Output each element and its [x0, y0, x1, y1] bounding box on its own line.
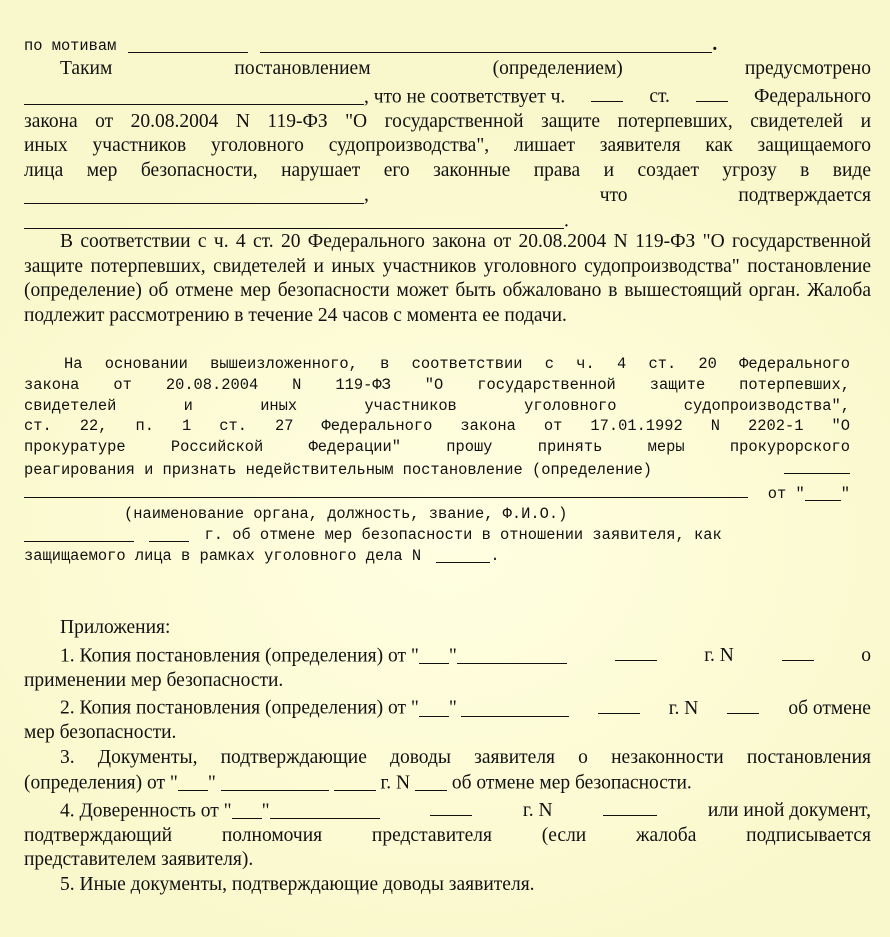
- attachments-heading: Приложения:: [24, 616, 871, 641]
- attachment-item-4-cont: подтверждающий полномочия представителя …: [24, 824, 871, 849]
- request-line: от "": [24, 481, 850, 504]
- text: или иной документ,: [708, 799, 871, 824]
- request-block: На основании вышеизложенного, в соответс…: [24, 354, 850, 567]
- text: г. N: [669, 697, 699, 722]
- blank-field[interactable]: [727, 693, 759, 714]
- request-line: закона от 20.08.2004 N 119-ФЗ "О государ…: [24, 375, 850, 396]
- word: постановлением: [234, 57, 370, 82]
- attachment-item-4: 4. Доверенность от "" г. N или иной доку…: [24, 796, 871, 824]
- blank-field[interactable]: [260, 36, 712, 53]
- attachment-item-1-cont: применении мер безопасности.: [24, 669, 871, 694]
- blank-field[interactable]: [419, 644, 449, 665]
- quote: ": [449, 645, 457, 666]
- blank-field[interactable]: [221, 771, 329, 792]
- word: предусмотрено: [745, 57, 871, 82]
- paragraph-line: лица мер безопасности, нарушает его зако…: [24, 159, 871, 184]
- blank-field[interactable]: [457, 644, 567, 665]
- quote: ": [841, 485, 850, 503]
- blank-field[interactable]: [24, 209, 564, 230]
- blank-field[interactable]: [334, 771, 376, 792]
- quote: ": [208, 772, 216, 793]
- blank-field[interactable]: [270, 799, 380, 820]
- blank-field[interactable]: [24, 481, 748, 497]
- word: (определением): [493, 57, 623, 82]
- text: г. N: [380, 772, 410, 793]
- blank-field[interactable]: [128, 36, 248, 53]
- quote: ": [449, 698, 457, 719]
- attachment-item-3-cont: (определения) от "" г. N об отмене мер б…: [24, 771, 871, 796]
- request-line: На основании вышеизложенного, в соответс…: [24, 354, 850, 375]
- request-line: защищаемого лица в рамках уголовного дел…: [24, 546, 850, 567]
- attachment-item-2-cont: мер безопасности.: [24, 721, 871, 746]
- blank-field[interactable]: [178, 771, 208, 792]
- text: 2. Копия постановления (определения) от …: [60, 698, 419, 719]
- period: .: [490, 547, 499, 565]
- text: Федерального: [754, 85, 871, 110]
- attachment-item-5: 5. Иные документы, подтверждающие доводы…: [24, 873, 871, 898]
- text: 4. Доверенность от ": [60, 800, 232, 821]
- paragraph-line: закона от 20.08.2004 N 119-ФЗ "О государ…: [24, 110, 871, 135]
- text: что: [600, 184, 628, 209]
- blank-field[interactable]: [24, 526, 134, 542]
- text: об отмене: [788, 697, 871, 722]
- text: г. об отмене мер безопасности в отношени…: [205, 526, 722, 544]
- text: 1. Копия постановления (определения) от …: [60, 645, 419, 666]
- blank-field[interactable]: [696, 82, 728, 103]
- blank-field[interactable]: [436, 547, 490, 563]
- text: защищаемого лица в рамках уголовного дел…: [24, 547, 421, 565]
- paragraph-appeal: В соответствии с ч. 4 ст. 20 Федеральног…: [24, 230, 871, 328]
- motives-label: по мотивам: [24, 37, 116, 55]
- text: ст.: [649, 85, 670, 110]
- blank-field[interactable]: [598, 693, 640, 714]
- motives-line: по мотивам .: [24, 33, 871, 58]
- blank-field[interactable]: [430, 796, 472, 817]
- blank-field[interactable]: [24, 183, 364, 204]
- text: (определения) от ": [24, 772, 178, 793]
- blank-field[interactable]: [232, 799, 262, 820]
- paragraph-line: иных участников уголовного судопроизводс…: [24, 134, 871, 159]
- text: г. N: [523, 799, 553, 824]
- request-line: свидетелей и иных участников уголовного …: [24, 396, 850, 417]
- blank-field[interactable]: [149, 526, 189, 542]
- text: о: [861, 644, 871, 669]
- comma: ,: [364, 185, 369, 206]
- attachment-item-2: 2. Копия постановления (определения) от …: [24, 693, 871, 721]
- request-line: прокуратуре Российской Федерации" прошу …: [24, 437, 850, 458]
- attachment-item-3: 3. Документы, подтверждающие доводы заяв…: [24, 746, 871, 771]
- blank-field[interactable]: [805, 484, 841, 500]
- quote: ": [262, 800, 270, 821]
- period: .: [712, 34, 717, 55]
- request-line: ст. 22, п. 1 ст. 27 Федерального закона …: [24, 416, 850, 437]
- blank-field[interactable]: [461, 696, 569, 717]
- paragraph-provided: Таким постановлением (определением) пред…: [24, 57, 871, 234]
- attachment-item-4-cont: представителем заявителя).: [24, 848, 871, 873]
- blank-field[interactable]: [784, 458, 850, 474]
- blank-field[interactable]: [591, 82, 623, 103]
- period: .: [564, 210, 569, 231]
- request-line: реагирования и признать недействительным…: [24, 458, 850, 481]
- blank-field[interactable]: [415, 771, 447, 792]
- blank-field[interactable]: [782, 641, 814, 662]
- field-caption: (наименование органа, должность, звание,…: [24, 504, 850, 525]
- text: г. N: [704, 644, 734, 669]
- blank-field[interactable]: [419, 696, 449, 717]
- blank-field[interactable]: [24, 85, 364, 106]
- blank-field[interactable]: [603, 796, 657, 817]
- document-page: по мотивам . Таким постановлением (опред…: [0, 0, 890, 937]
- text: , что не соответствует ч.: [364, 86, 565, 107]
- paragraph-line: , что не соответствует ч. ст. Федерально…: [24, 82, 871, 110]
- text: подтверждается: [738, 184, 871, 209]
- attachment-item-1: 1. Копия постановления (определения) от …: [24, 641, 871, 669]
- blank-field[interactable]: [615, 641, 657, 662]
- word: Таким: [60, 57, 112, 82]
- text: реагирования и признать недействительным…: [24, 460, 652, 481]
- paragraph-line: , что подтверждается: [24, 183, 871, 208]
- paragraph-line: Таким постановлением (определением) пред…: [24, 57, 871, 82]
- text: от ": [768, 485, 805, 503]
- request-line: г. об отмене мер безопасности в отношени…: [24, 525, 850, 546]
- text: об отмене мер безопасности.: [452, 772, 692, 793]
- attachments: Приложения: 1. Копия постановления (опре…: [24, 616, 871, 898]
